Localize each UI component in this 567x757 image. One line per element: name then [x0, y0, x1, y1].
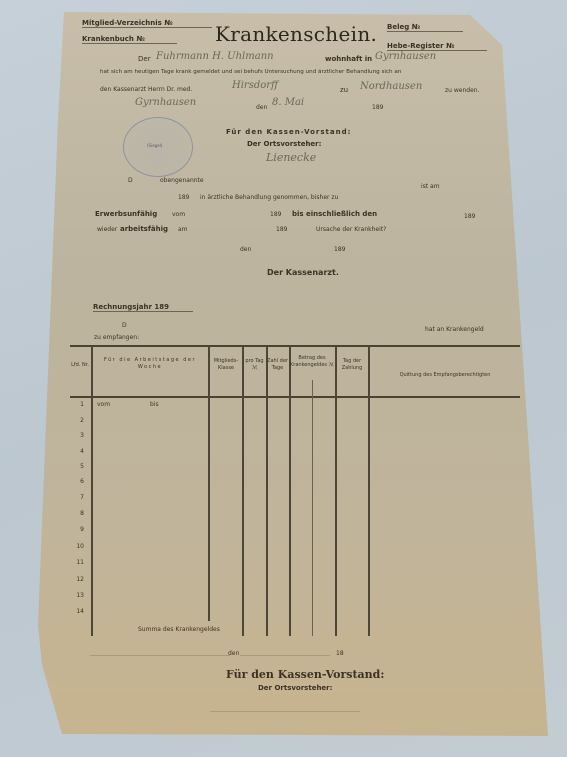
footer-den: den: [228, 650, 239, 657]
footer-signature-line: [210, 711, 360, 712]
mayor-signature-handwritten: Lienecke: [266, 151, 316, 164]
col-subdivider: [312, 380, 313, 636]
to-receive-label: zu empfangen:: [94, 334, 139, 341]
row-number: 10: [64, 543, 84, 550]
again-label: wieder: [97, 226, 117, 233]
col-header-class: Mitglieds-Klasse: [212, 358, 240, 372]
col-header-nr: Lfd. Nr.: [70, 362, 90, 369]
accounting-d-label: D: [122, 322, 127, 329]
footer-board-subheading: Der Ortsvorsteher:: [258, 684, 332, 692]
col-divider: [335, 346, 337, 636]
col-header-amount: Betrag des Krankengeldes ℳ: [290, 355, 334, 369]
row-number: 7: [64, 494, 84, 501]
row-number: 8: [64, 510, 84, 517]
illness-cause-label: Ursache der Krankheit?: [316, 226, 386, 233]
col-header-days: Zahl der Tage: [267, 358, 288, 372]
date-handwritten: 8. Mai: [272, 97, 304, 108]
official-seal-stamp: (Siegel): [123, 117, 193, 177]
receipt-label: Beleg №: [387, 23, 463, 32]
row-number: 2: [64, 417, 84, 424]
table-header-border: [70, 396, 520, 398]
row-number: 12: [64, 576, 84, 583]
accounting-year-label: Rechnungsjahr 189: [93, 303, 193, 312]
doctor-name-handwritten: Hirsdorff: [232, 80, 278, 91]
incapacity-label: Erwerbsunfähig: [95, 210, 157, 218]
row-number: 3: [64, 432, 84, 439]
col-divider: [289, 346, 291, 636]
col-header-payday: Tag der Zahlung: [337, 358, 367, 372]
incapacity-year: 189: [270, 211, 281, 218]
doctor-d-prefix: D: [128, 177, 133, 184]
seal-label: (Siegel): [147, 143, 162, 148]
footer-place-line: [90, 655, 230, 656]
board-subheading: Der Ortsvorsteher:: [247, 140, 321, 148]
statement-doctor-prefix: den Kassenarzt Herrn Dr. med.: [100, 86, 192, 93]
statement-suffix: zu wenden.: [445, 87, 479, 94]
treatment-text: in ärztliche Behandlung genommen, bisher…: [200, 194, 338, 201]
row-number: 5: [64, 463, 84, 470]
residence-handwritten: Gyrnhausen: [375, 51, 436, 62]
page-title: Krankenschein.: [215, 22, 377, 46]
doctor-date-year: 189: [334, 246, 345, 253]
footer-board-heading: Für den Kassen-Vorstand:: [226, 668, 384, 681]
date-den-label: den: [256, 104, 267, 111]
place-handwritten: Gyrnhausen: [135, 97, 196, 108]
incapacity-until: bis einschließlich den: [292, 210, 377, 218]
sick-book-label: Krankenbuch №: [82, 35, 177, 44]
table-top-border: [70, 345, 520, 347]
col-divider: [91, 346, 93, 636]
krankenschein-form: Mitglied-Verzeichnis № Krankenbuch № Kra…: [0, 0, 567, 757]
row1-from: vom: [97, 401, 110, 408]
row-number: 4: [64, 448, 84, 455]
row-number: 6: [64, 478, 84, 485]
col-divider: [266, 346, 268, 636]
fit-am: am: [178, 226, 188, 233]
statement-line-2: hat sich am heutigen Tage krank gemeldet…: [100, 69, 401, 75]
board-heading: Für den Kassen-Vorstand:: [226, 128, 351, 136]
row-number: 13: [64, 592, 84, 599]
col-divider: [208, 346, 210, 621]
col-divider: [242, 346, 244, 636]
aforementioned-label: obengenannte: [160, 177, 204, 184]
resident-of-label: wohnhaft in: [325, 55, 372, 63]
patient-name-handwritten: Fuhrmann H. Uhlmann: [156, 51, 274, 62]
col-header-receipt: Quittung des Empfangsberechtigten: [375, 372, 515, 379]
col-header-workdays: Für die Arbeitstage der Woche: [100, 357, 200, 371]
incapacity-year-2: 189: [464, 213, 475, 220]
row-number: 9: [64, 526, 84, 533]
date-year: 189: [372, 104, 383, 111]
insurance-doctor-signature-label: Der Kassenarzt.: [267, 268, 339, 277]
fit-year: 189: [276, 226, 287, 233]
row-number: 1: [64, 401, 84, 408]
sick-pay-label: hat an Krankengeld: [425, 326, 484, 333]
member-register-label: Mitglied-Verzeichnis №: [82, 19, 212, 28]
doctor-date-den: den: [240, 246, 251, 253]
fit-for-work-label: arbeitsfähig: [120, 225, 168, 233]
treatment-year: 189: [178, 194, 189, 201]
incapacity-from: vom: [172, 211, 185, 218]
row1-to: bis: [150, 401, 159, 408]
statement-zu: zu: [340, 86, 348, 94]
sum-label: Summa des Krankengeldes: [138, 626, 220, 633]
register-label: Hebe-Register №: [387, 42, 487, 51]
is-on-label: ist am: [421, 183, 440, 190]
footer-year: 18: [336, 650, 344, 657]
col-divider: [368, 346, 370, 636]
col-header-per-day: pro Tag ℳ: [244, 358, 265, 372]
statement-prefix: Der: [138, 55, 151, 63]
row-number: 11: [64, 559, 84, 566]
footer-date-line: [240, 655, 330, 656]
doctor-town-handwritten: Nordhausen: [360, 81, 422, 92]
row-number: 14: [64, 608, 84, 615]
